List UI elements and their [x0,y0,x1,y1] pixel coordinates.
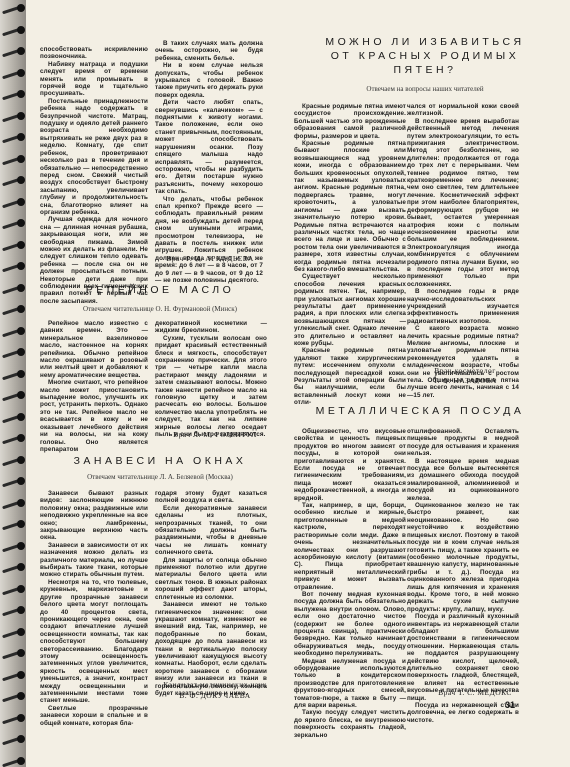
binding-hole [17,585,25,593]
binding-hole [17,348,25,356]
binding-hole [17,155,25,163]
binding-hole [17,692,25,700]
article4-title-line2: ОТ КРАСНЫХ РОДИМЫХ [300,50,550,62]
paragraph: Многие считают, что репейное масло может… [40,379,148,453]
paragraph: чался от нормальной кожи своей желтизной… [407,103,519,118]
article4-signature-credentials: Врач-косметолог [410,366,520,375]
article4-column2: чался от нормальной кожи своей желтизной… [407,103,519,399]
binding-hole [17,176,25,184]
paragraph: способствовать искривлению позвоночника. [40,46,148,61]
article5-signature: Врач Т. С. МЕДОКС [420,688,530,697]
paragraph: В последние годы в ряде научно-исследова… [407,288,519,325]
paragraph: Медная нелуженая посуда и оборудование и… [294,658,406,710]
binding-hole [17,284,25,292]
paragraph: С какого возраста можно лечить красные р… [407,325,519,399]
article5-column2: отшлифованной. Оставлять пищевые продукт… [407,428,519,724]
binding-hole [17,606,25,614]
paragraph: Ни в коем случае нельзя допускать, чтобы… [155,62,263,99]
paragraph: Занавеси в зависимости от их назначения … [40,542,148,579]
paragraph: Набивку матраца и подушки следует время … [40,61,148,98]
paragraph: Вот почему медная кухонная посуда должна… [294,591,406,658]
binding-hole [17,649,25,657]
binding-hole [17,133,25,141]
paragraph: Занавеси бывают разных видов: заслоняющи… [40,490,148,542]
page-number: 31 [505,700,515,710]
binding-hole [17,26,25,34]
article2-title: РЕПЕЙНОЕ МАСЛО [30,284,290,296]
article5-column1: Общеизвестно, что вкусовые свойства и це… [294,428,406,739]
binding-hole [17,391,25,399]
binding-hole [17,456,25,464]
binding-hole [17,714,25,722]
paragraph: Посуда из нержавеющей стали долговечна, … [407,702,519,724]
binding-hole [17,735,25,743]
binding-hole [17,262,25,270]
paragraph: В настоящее время медная посуда все боль… [407,458,519,502]
paragraph: Красные родимые пятна имеют сосудистое п… [294,103,406,140]
paragraph: Существует несколько способов лечения кр… [294,273,406,347]
binding-hole [17,671,25,679]
paragraph: Постельные принадлежности ребенка надо с… [40,98,148,217]
paragraph: Так, например, в щи, борщи, особенно кис… [294,502,406,591]
binding-hole [17,219,25,227]
paragraph: Оцинкованное железо не так быстро ржавее… [407,502,519,613]
paragraph: Красные родимые пятна бывают плоские или… [294,140,406,273]
paragraph: годаря этому будет казаться полной возду… [155,490,267,505]
binding-hole [17,4,25,12]
binding-hole [17,69,25,77]
binding-hole [17,520,25,528]
article1-column1: способствовать искривлению позвоночника.… [40,46,148,305]
paragraph: В таких случаях мать должна очень осторо… [155,40,263,62]
binding-hole [17,499,25,507]
article4-signature: Т. Ф. НАЗАРОВА [410,376,520,385]
binding-hole [17,757,25,765]
binding-hole [17,370,25,378]
article4-column1: Красные родимые пятна имеют сосудистое п… [294,103,406,407]
article4-title-line3: ПЯТЕН? [300,64,550,76]
paragraph: Репейное масло известно с давних времен.… [40,320,148,379]
article1-signature: Врач Р. И. АРКАДЬЕВА [155,254,265,263]
binding-hole [17,90,25,98]
binding-hole [17,198,25,206]
paragraph: Для защиты от солнца обычно применяют по… [155,557,267,601]
article2-signature: Врач Л. М. РОЗЕНТУЛ [160,430,270,439]
article2-subtitle: Отвечаем читательнице О. Н. Фурмановой (… [30,305,290,313]
binding-hole [17,241,25,249]
paragraph: Дети часто любят спать, свернувшись «кал… [155,99,263,195]
binding-hole [17,327,25,335]
article5-title: МЕТАЛЛИЧЕСКАЯ ПОСУДА [300,405,540,417]
binding-hole [17,628,25,636]
article3-signature: В. Ф. ДОКУЧАЕВА [155,691,275,700]
paragraph: Несмотря на то, что тюлевые, кружевные, … [40,579,148,705]
paragraph: Общеизвестно, что вкусовые свойства и це… [294,428,406,502]
paragraph: Что делать, чтобы ребенок спал крепко? П… [155,196,263,285]
article2-column2: декоративной косметики — жидким бреолино… [155,320,267,439]
article3-subtitle: Отвечаем читательнице Л. А. Беляевой (Мо… [30,473,290,481]
paragraph: Красные родимые пятна удаляют также хиру… [294,347,406,406]
article1-column2: В таких случаях мать должна очень осторо… [155,40,263,284]
binding-hole [17,434,25,442]
binding-hole [17,542,25,550]
paragraph: отшлифованной. Оставлять пищевые продукт… [407,428,519,458]
paragraph: Светлые прозрачные занавеси хороши в спа… [40,705,148,727]
binding-hole [17,112,25,120]
article3-column1: Занавеси бывают разных видов: заслоняющи… [40,490,148,727]
paragraph: декоративной косметики — жидким бреолино… [155,320,267,335]
binding-hole [17,305,25,313]
paragraph: В последнее время выработан действенный … [407,118,519,288]
article3-signature-credentials: Кандидат медицинских наук [155,680,275,689]
spiral-binding [0,0,26,767]
article4-title-line1: МОЖНО ЛИ ИЗБАВИТЬСЯ [300,36,550,48]
paragraph: Если декоративные занавеси сделаны из пл… [155,505,267,557]
article4-subtitle: Отвечаем на вопросы наших читателей [300,85,550,93]
binding-hole [17,477,25,485]
binding-hole [17,413,25,421]
article3-column2: годаря этому будет казаться полной возду… [155,490,267,697]
article2-column1: Репейное масло известно с давних времен.… [40,320,148,453]
paragraph: Такую посуду следует чистить до яркого б… [294,709,406,739]
binding-hole [17,47,25,55]
binding-hole [17,563,25,571]
article3-title: ЗАНАВЕСИ НА ОКНАХ [30,455,290,467]
paragraph: Сухим, тусклым волосам оно придает краси… [155,335,267,439]
